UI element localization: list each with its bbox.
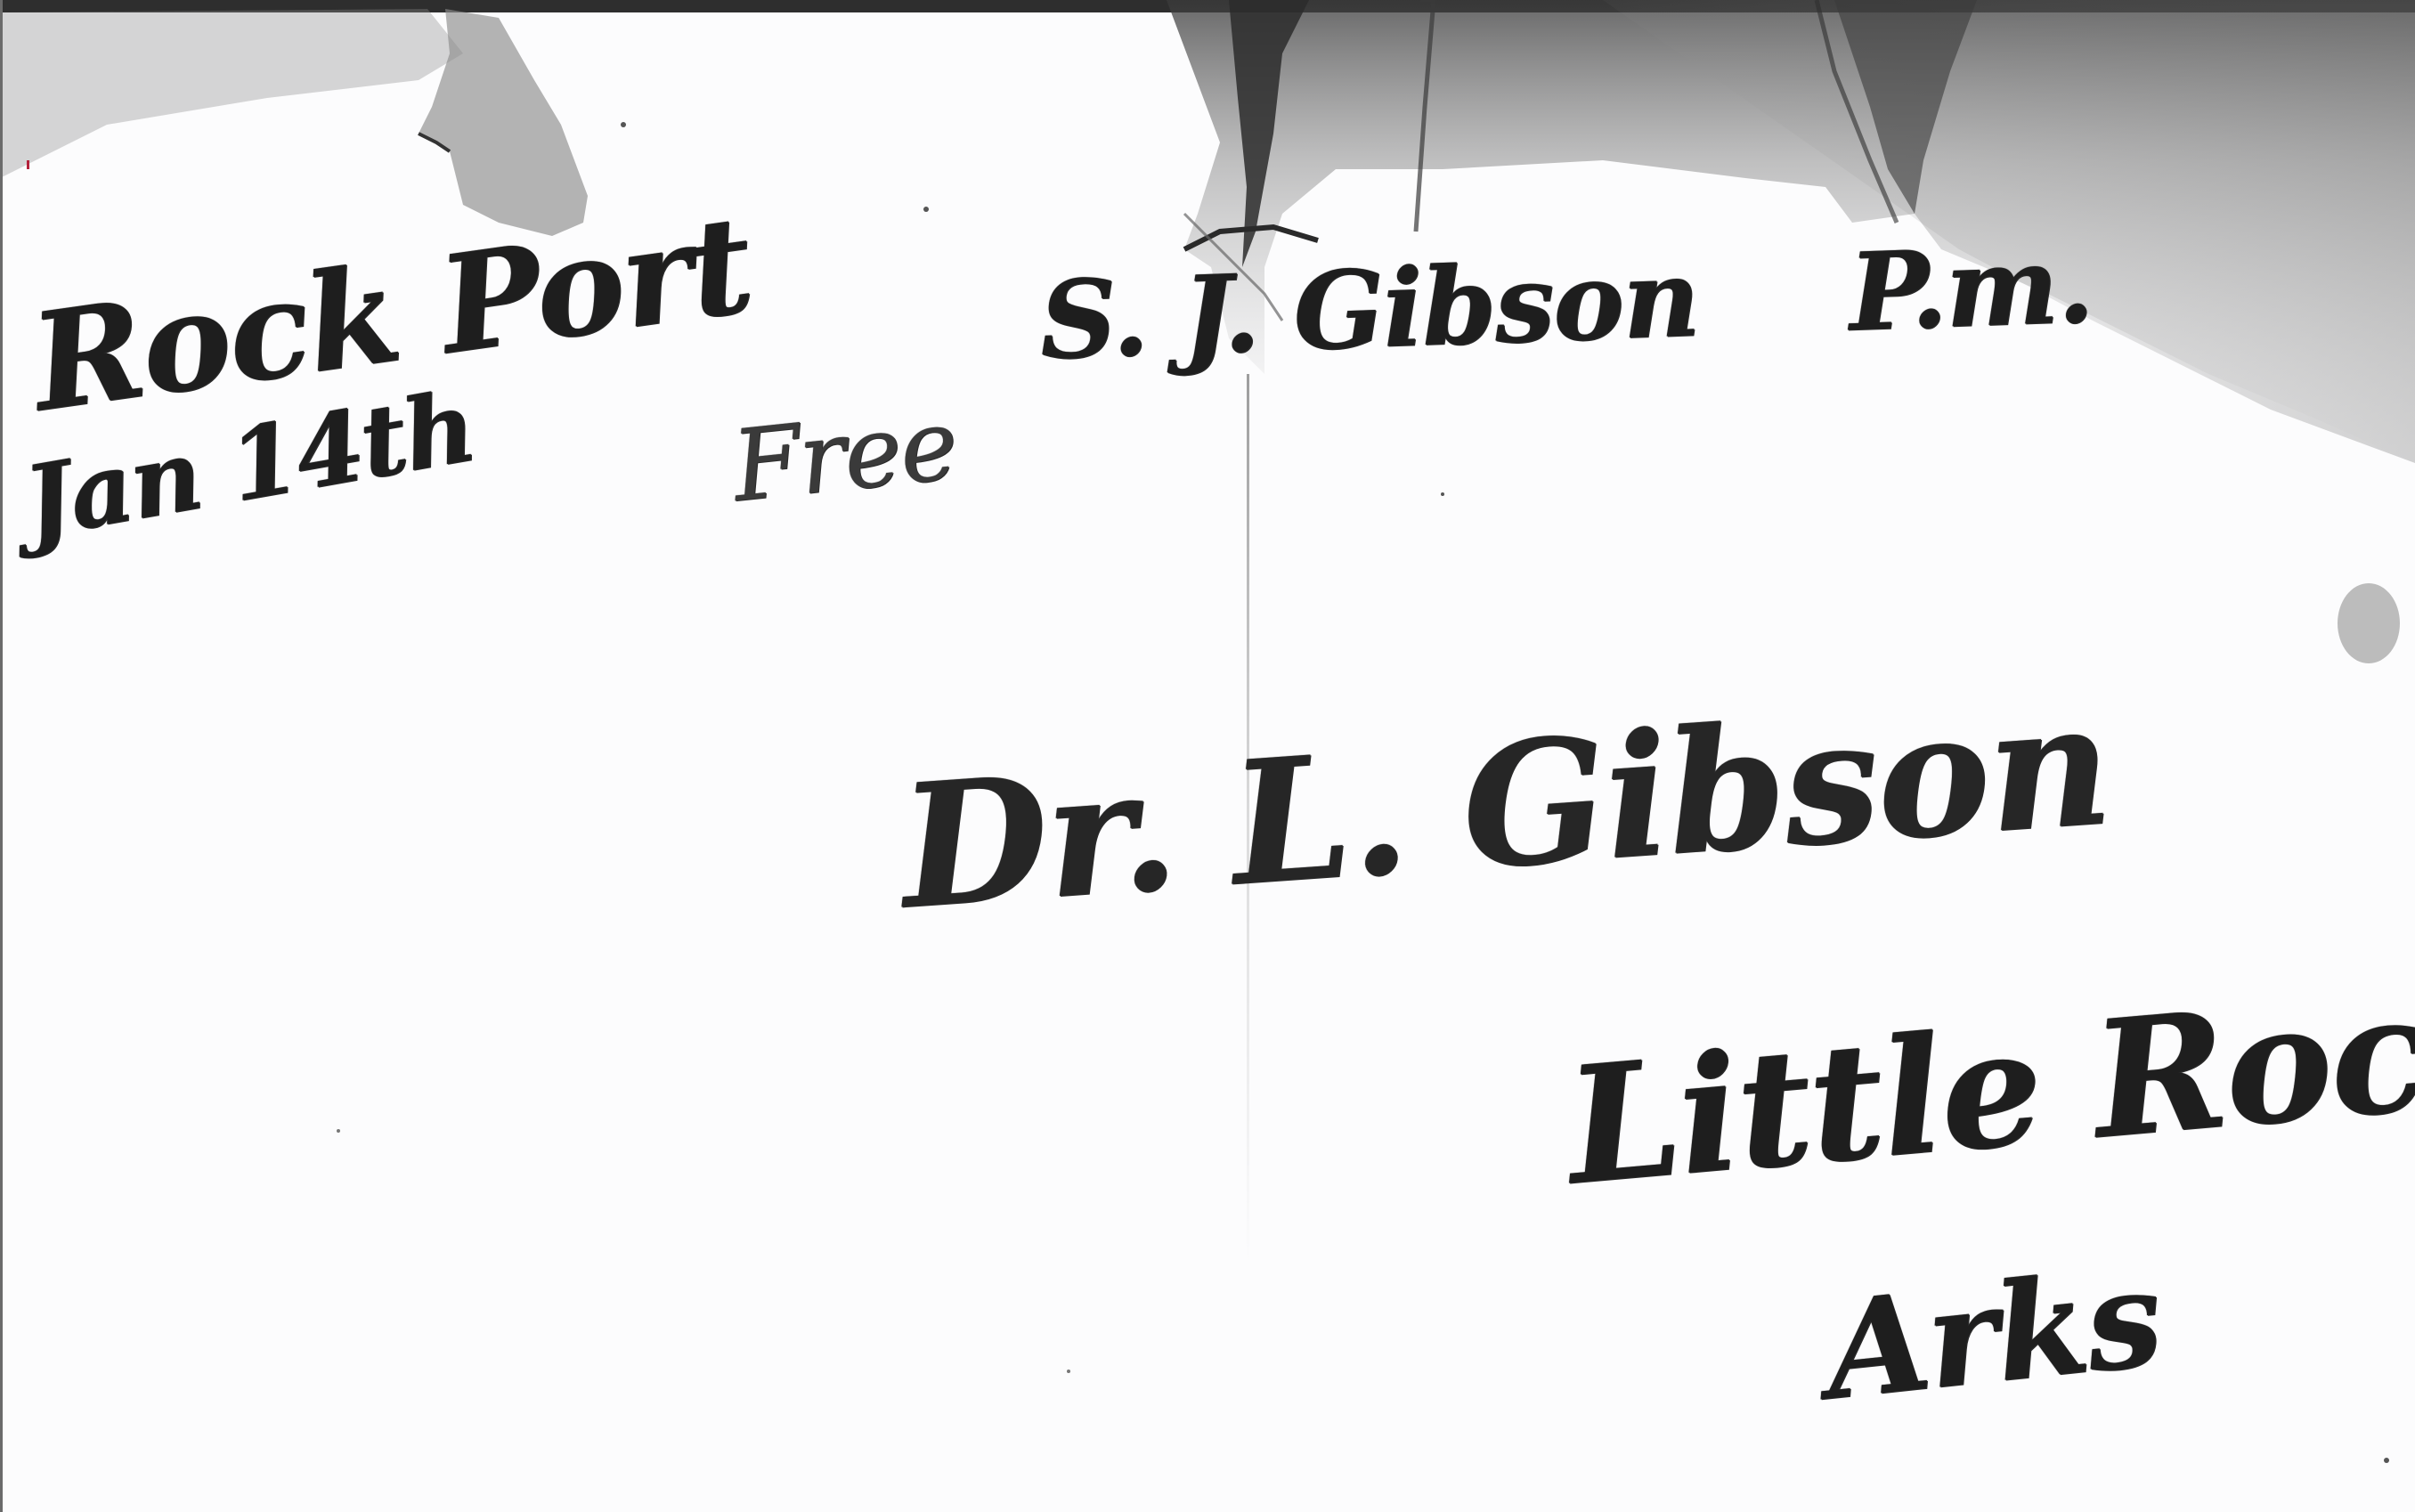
red-speck [27, 160, 29, 169]
frank-signature: S. J. Gibson [1037, 235, 1700, 384]
envelope-scan: Rock Port Jan 14th Free S. J. Gibson P.m… [0, 0, 2415, 1512]
scan-edge [0, 0, 3, 1512]
frank-title: P.m. [1847, 222, 2094, 355]
postal-rate: Free [728, 386, 962, 524]
